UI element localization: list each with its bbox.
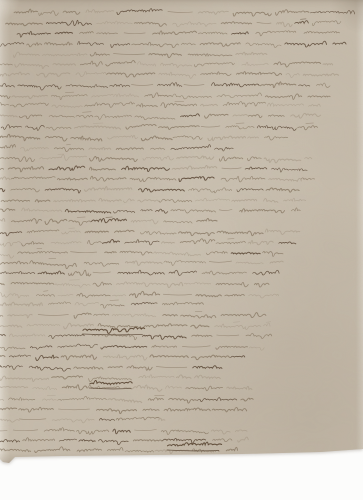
paper-shadow	[0, 0, 363, 500]
letter-scan	[0, 0, 363, 500]
handwriting	[0, 0, 363, 465]
letter-page	[0, 0, 363, 465]
